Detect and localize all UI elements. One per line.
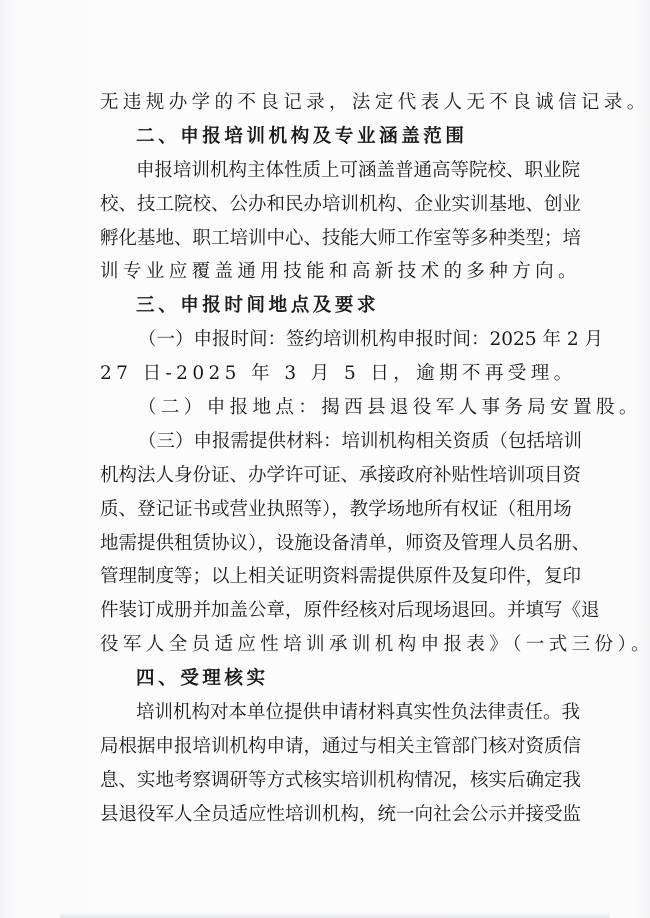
paragraph-line: 质、登记证书或营业执照等），教学场地所有权证（租用场: [100, 493, 553, 527]
paragraph-line: 校、技工院校、公办和民办培训机构、企业实训基地、创业: [100, 188, 553, 222]
paragraph-line: （三）申报需提供材料：培训机构相关资质（包括培训: [100, 425, 553, 459]
paragraph-line: 培训机构对本单位提供申请材料真实性负法律责任。我: [100, 696, 553, 730]
paragraph-line: 训专业应覆盖通用技能和高新技术的多种方向。: [100, 255, 553, 289]
paragraph-line: 局根据申报培训机构申请，通过与相关主管部门核对资质信: [100, 730, 553, 764]
paragraph-line: 机构法人身份证、办学许可证、承接政府补贴性培训项目资: [100, 459, 553, 493]
paragraph-line: 无违规办学的不良记录，法定代表人无不良诚信记录。: [100, 86, 553, 120]
document-body: 无违规办学的不良记录，法定代表人无不良诚信记录。 二、申报培训机构及专业涵盖范围…: [100, 86, 553, 832]
paragraph-line: 役军人全员适应性培训承训机构申报表》（一式三份）。: [100, 628, 553, 662]
document-page: 无违规办学的不良记录，法定代表人无不良诚信记录。 二、申报培训机构及专业涵盖范围…: [0, 0, 650, 918]
paragraph-line: 管理制度等；以上相关证明资料需提供原件及复印件，复印: [100, 560, 553, 594]
paragraph-line: 县退役军人全员适应性培训机构，统一向社会公示并接受监: [100, 798, 553, 832]
paragraph-line: （一）申报时间：签约培训机构申报时间：2025 年 2 月: [100, 323, 553, 357]
paragraph-line: 地需提供租赁协议），设施设备清单，师资及管理人员名册、: [100, 527, 553, 561]
section-heading-3: 三、申报时间地点及要求: [100, 289, 553, 323]
section-heading-2: 二、申报培训机构及专业涵盖范围: [100, 120, 553, 154]
paragraph-line: 27 日-2025 年 3 月 5 日，逾期不再受理。: [100, 357, 553, 391]
paragraph-line: （二）申报地点：揭西县退役军人事务局安置股。: [100, 391, 553, 425]
paragraph-line: 息、实地考察调研等方式核实培训机构情况，核实后确定我: [100, 764, 553, 798]
section-heading-4: 四、受理核实: [100, 662, 553, 696]
paragraph-line: 孵化基地、职工培训中心、技能大师工作室等多种类型；培: [100, 222, 553, 256]
paragraph-line: 件装订成册并加盖公章，原件经核对后现场退回。并填写《退: [100, 594, 553, 628]
paragraph-line: 申报培训机构主体性质上可涵盖普通高等院校、职业院: [100, 154, 553, 188]
